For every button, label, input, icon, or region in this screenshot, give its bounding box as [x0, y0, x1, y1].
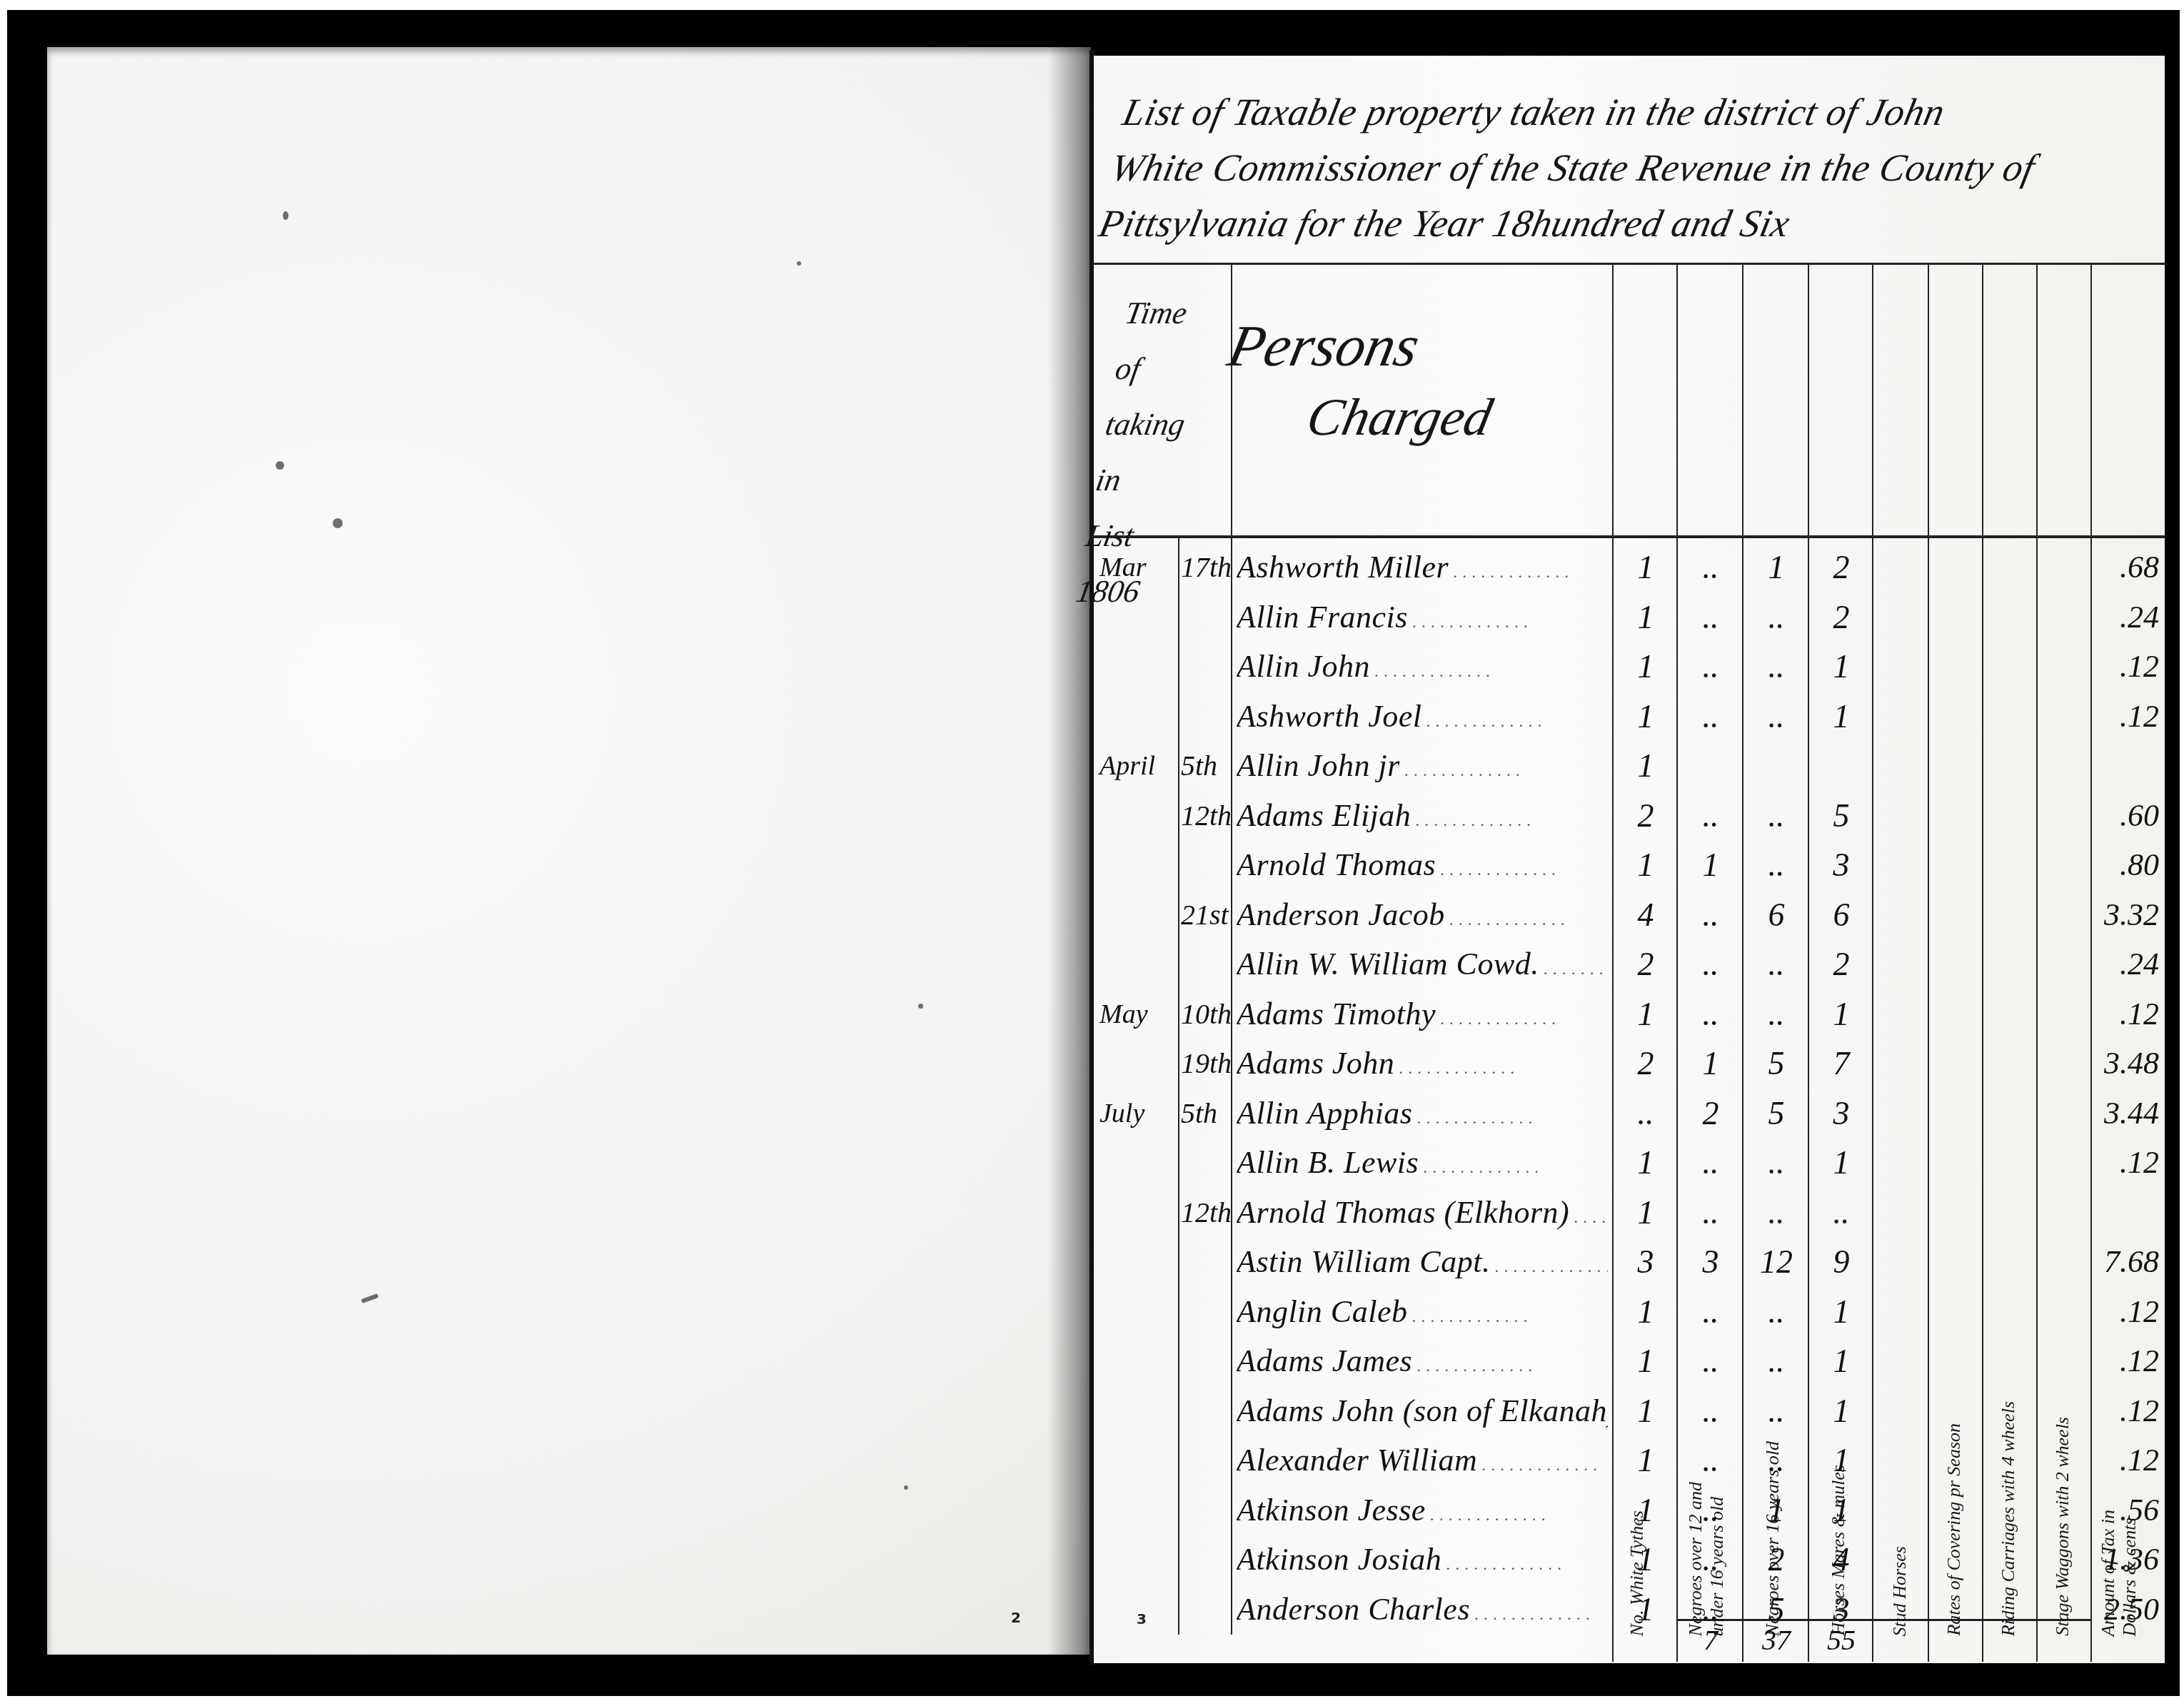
negroes-12-16-count: 1 — [1679, 1039, 1742, 1089]
negroes-12-16-count: .. — [1679, 791, 1742, 841]
tax-amount: 3.44 — [2093, 1089, 2162, 1139]
negroes-12-16-count: 2 — [1679, 1089, 1742, 1139]
horses-count: 4 — [1811, 1535, 1872, 1585]
negroes-16-count: .. — [1745, 692, 1808, 742]
white-tithes-count: 2 — [1615, 939, 1676, 989]
person-name: Allin John — [1237, 642, 1608, 692]
white-tithes-count: 1 — [1615, 1336, 1676, 1386]
horses-count: 6 — [1811, 890, 1872, 940]
tax-amount: .12 — [2093, 642, 2162, 692]
entry-day — [1181, 692, 1231, 742]
negroes-16-count: .. — [1745, 1386, 1808, 1436]
person-name: Anderson Jacob — [1237, 890, 1608, 940]
horses-count: 1 — [1811, 1336, 1872, 1386]
white-tithes-count: 1 — [1615, 1485, 1676, 1535]
entry-month — [1099, 939, 1178, 989]
stage-wagons-count — [2039, 1237, 2090, 1287]
negroes-12-16-count: .. — [1679, 1535, 1742, 1585]
stud-horses-count — [1875, 791, 1928, 841]
horses-count: 3 — [1811, 1089, 1872, 1139]
entry-day — [1181, 840, 1231, 890]
riding-carriages-count — [1985, 1535, 2036, 1585]
entry-day: 5th — [1181, 1089, 1231, 1139]
left-page-blank: 2 — [47, 47, 1091, 1655]
total-negroes-16: 37 — [1745, 1623, 1808, 1657]
tax-amount: .12 — [2093, 1138, 2162, 1188]
negroes-12-16-count: .. — [1679, 989, 1742, 1039]
covering-rate — [1931, 642, 1982, 692]
person-name: Anderson Charles — [1237, 1585, 1608, 1635]
header-persons: Persons — [1222, 313, 1425, 380]
stud-horses-count — [1875, 939, 1928, 989]
negroes-12-16-count: .. — [1679, 1287, 1742, 1337]
stage-wagons-count — [2039, 1039, 2090, 1089]
tax-amount: 2.50 — [2093, 1585, 2162, 1635]
person-name: Allin B. Lewis — [1237, 1138, 1608, 1188]
negroes-16-count: 1 — [1745, 542, 1808, 592]
riding-carriages-count — [1985, 939, 2036, 989]
tax-amount: .12 — [2093, 1287, 2162, 1337]
riding-carriages-count — [1985, 989, 2036, 1039]
riding-carriages-count — [1985, 1435, 2036, 1485]
negroes-16-count: .. — [1745, 939, 1808, 989]
stage-wagons-count — [2039, 1138, 2090, 1188]
negroes-16-count: 2 — [1745, 1535, 1808, 1585]
horses-count: 2 — [1811, 542, 1872, 592]
title-line-1: List of Taxable property taken in the di… — [1117, 84, 2143, 140]
person-name: Adams Timothy — [1237, 989, 1608, 1039]
negroes-16-count: 12 — [1745, 1237, 1808, 1287]
entry-month — [1099, 1336, 1178, 1386]
table-row: Allin Francis1....2.24 — [1094, 592, 2165, 642]
entry-day — [1181, 1386, 1231, 1436]
tax-amount: .24 — [2093, 939, 2162, 989]
negroes-16-count: 1 — [1745, 1485, 1808, 1535]
ledger-table: Time of taking in List 1806 Persons Char… — [1094, 263, 2165, 1662]
horses-count: 1 — [1811, 1287, 1872, 1337]
stage-wagons-count — [2039, 692, 2090, 742]
covering-rate — [1931, 989, 1982, 1039]
header-bottom-rule — [1094, 535, 2165, 538]
white-tithes-count: 1 — [1615, 989, 1676, 1039]
riding-carriages-count — [1985, 692, 2036, 742]
white-tithes-count: 3 — [1615, 1237, 1676, 1287]
entry-month — [1099, 642, 1178, 692]
horses-count: 1 — [1811, 989, 1872, 1039]
stage-wagons-count — [2039, 741, 2090, 791]
covering-rate — [1931, 1287, 1982, 1337]
entry-month — [1099, 592, 1178, 642]
title-line-3: Pittsylvania for the Year 18hundred and … — [1094, 196, 2120, 251]
table-row: May10thAdams Timothy1....1.12 — [1094, 989, 2165, 1039]
stud-horses-count — [1875, 1237, 1928, 1287]
white-tithes-count: 4 — [1615, 890, 1676, 940]
tax-amount: .60 — [2093, 791, 2162, 841]
header-top-rule — [1094, 263, 2165, 265]
table-row: Arnold Thomas11..3.80 — [1094, 840, 2165, 890]
person-name: Atkinson Josiah — [1237, 1535, 1608, 1585]
entry-day — [1181, 1138, 1231, 1188]
horses-count: 1 — [1811, 642, 1872, 692]
entry-day: 21st — [1181, 890, 1231, 940]
entry-day — [1181, 592, 1231, 642]
entry-day: 19th — [1181, 1039, 1231, 1089]
riding-carriages-count — [1985, 840, 2036, 890]
entry-month — [1099, 1039, 1178, 1089]
covering-rate — [1931, 542, 1982, 592]
stage-wagons-count — [2039, 1089, 2090, 1139]
white-tithes-count: 1 — [1615, 692, 1676, 742]
negroes-12-16-count: .. — [1679, 1336, 1742, 1386]
riding-carriages-count — [1985, 1089, 2036, 1139]
negroes-16-count: 5 — [1745, 1039, 1808, 1089]
paper-speck — [918, 1004, 923, 1009]
tax-amount: 7.68 — [2093, 1237, 2162, 1287]
person-name: Adams John (son of Elkanah) — [1237, 1386, 1608, 1436]
stage-wagons-count — [2039, 1188, 2090, 1238]
person-name: Arnold Thomas — [1237, 840, 1608, 890]
header-charged: Charged — [1302, 388, 1497, 448]
person-name: Atkinson Jesse — [1237, 1485, 1608, 1535]
person-name: Alexander William — [1237, 1435, 1608, 1485]
stud-horses-count — [1875, 840, 1928, 890]
entry-day — [1181, 1585, 1231, 1635]
horses-count: 1 — [1811, 1138, 1872, 1188]
negroes-16-count: .. — [1745, 791, 1808, 841]
stud-horses-count — [1875, 1188, 1928, 1238]
stage-wagons-count — [2039, 592, 2090, 642]
entry-day: 17th — [1181, 542, 1231, 592]
covering-rate — [1931, 939, 1982, 989]
person-name: Adams Elijah — [1237, 791, 1608, 841]
riding-carriages-count — [1985, 542, 2036, 592]
negroes-16-count: .. — [1745, 1138, 1808, 1188]
stud-horses-count — [1875, 741, 1928, 791]
table-row: 12thAdams Elijah2....5.60 — [1094, 791, 2165, 841]
stage-wagons-count — [2039, 989, 2090, 1039]
paper-speck — [333, 518, 343, 528]
riding-carriages-count — [1985, 1336, 2036, 1386]
horses-count: 1 — [1811, 1386, 1872, 1436]
tax-amount: .12 — [2093, 989, 2162, 1039]
covering-rate — [1931, 840, 1982, 890]
white-tithes-count: 1 — [1615, 1287, 1676, 1337]
negroes-16-count: .. — [1745, 642, 1808, 692]
entry-month — [1099, 1188, 1178, 1238]
total-negroes-12-16: 7 — [1679, 1623, 1742, 1657]
negroes-12-16-count: .. — [1679, 1485, 1742, 1535]
negroes-12-16-count: .. — [1679, 592, 1742, 642]
entry-month: July — [1099, 1089, 1178, 1139]
tax-amount: .24 — [2093, 592, 2162, 642]
negroes-12-16-count: .. — [1679, 1386, 1742, 1436]
riding-carriages-count — [1985, 1237, 2036, 1287]
table-row: 12thArnold Thomas (Elkhorn)1...... — [1094, 1188, 2165, 1238]
table-row: Mar17thAshworth Miller1..12.68 — [1094, 542, 2165, 592]
white-tithes-count: 1 — [1615, 1386, 1676, 1436]
right-page-ledger: List of Taxable property taken in the di… — [1094, 56, 2165, 1663]
stud-horses-count — [1875, 642, 1928, 692]
stud-horses-count — [1875, 1039, 1928, 1089]
riding-carriages-count — [1985, 741, 2036, 791]
negroes-16-count: 6 — [1745, 890, 1808, 940]
negroes-16-count: .. — [1745, 840, 1808, 890]
riding-carriages-count — [1985, 791, 2036, 841]
table-row: 19thAdams John21573.48 — [1094, 1039, 2165, 1089]
person-name: Astin William Capt. — [1237, 1237, 1608, 1287]
tax-amount: 3.48 — [2093, 1039, 2162, 1089]
horses-count: 2 — [1811, 939, 1872, 989]
covering-rate — [1931, 1237, 1982, 1287]
paper-speck — [361, 1293, 379, 1303]
entry-day: 12th — [1181, 1188, 1231, 1238]
stage-wagons-count — [2039, 939, 2090, 989]
entry-day — [1181, 1435, 1231, 1485]
entry-month — [1099, 1138, 1178, 1188]
person-name: Arnold Thomas (Elkhorn) — [1237, 1188, 1608, 1238]
entry-day — [1181, 939, 1231, 989]
table-row: Allin John1....1.12 — [1094, 642, 2165, 692]
stud-horses-count — [1875, 989, 1928, 1039]
stage-wagons-count — [2039, 1287, 2090, 1337]
tax-amount: .12 — [2093, 1435, 2162, 1485]
entry-month — [1099, 1435, 1178, 1485]
paper-speck — [904, 1485, 908, 1490]
entry-month — [1099, 791, 1178, 841]
white-tithes-count: 1 — [1615, 1435, 1676, 1485]
stage-wagons-count — [2039, 840, 2090, 890]
person-name: Adams John — [1237, 1039, 1608, 1089]
covering-rate — [1931, 1188, 1982, 1238]
entry-month: Mar — [1099, 542, 1178, 592]
stage-wagons-count — [2039, 542, 2090, 592]
covering-rate — [1931, 791, 1982, 841]
person-name: Ashworth Miller — [1237, 542, 1608, 592]
riding-carriages-count — [1985, 1287, 2036, 1337]
covering-rate — [1931, 1039, 1982, 1089]
stage-wagons-count — [2039, 1535, 2090, 1585]
paper-speck — [283, 211, 288, 220]
riding-carriages-count — [1985, 1138, 2036, 1188]
table-row: Adams John (son of Elkanah)1....1.12 — [1094, 1386, 2165, 1436]
covering-rate — [1931, 592, 1982, 642]
tax-amount: .12 — [2093, 1336, 2162, 1386]
stud-horses-count — [1875, 1386, 1928, 1436]
entry-month — [1099, 840, 1178, 890]
table-row: 21stAnderson Jacob4..663.32 — [1094, 890, 2165, 940]
negroes-12-16-count: .. — [1679, 542, 1742, 592]
table-row: Anglin Caleb1....1.12 — [1094, 1287, 2165, 1337]
riding-carriages-count — [1985, 890, 2036, 940]
negroes-16-count: 5 — [1745, 1089, 1808, 1139]
white-tithes-count: 1 — [1615, 592, 1676, 642]
white-tithes-count: 1 — [1615, 1138, 1676, 1188]
table-row: Alexander William1....1.12 — [1094, 1435, 2165, 1485]
table-row: Allin W. William Cowd.2....2.24 — [1094, 939, 2165, 989]
covering-rate — [1931, 692, 1982, 742]
entry-month — [1099, 1386, 1178, 1436]
table-row: Allin B. Lewis1....1.12 — [1094, 1138, 2165, 1188]
horses-count: 1 — [1811, 692, 1872, 742]
horses-count: 3 — [1811, 840, 1872, 890]
entry-month — [1099, 1237, 1178, 1287]
table-row: Ashworth Joel1....1.12 — [1094, 692, 2165, 742]
negroes-16-count: .. — [1745, 989, 1808, 1039]
covering-rate — [1931, 1585, 1982, 1635]
stud-horses-count — [1875, 592, 1928, 642]
covering-rate — [1931, 890, 1982, 940]
white-tithes-count: 1 — [1615, 1535, 1676, 1585]
white-tithes-count: 1 — [1615, 1585, 1676, 1635]
covering-rate — [1931, 741, 1982, 791]
entry-month: May — [1099, 989, 1178, 1039]
stage-wagons-count — [2039, 1336, 2090, 1386]
riding-carriages-count — [1985, 1386, 2036, 1436]
table-row: Atkinson Jesse1..11.56 — [1094, 1485, 2165, 1535]
covering-rate — [1931, 1485, 1982, 1535]
stud-horses-count — [1875, 1089, 1928, 1139]
negroes-12-16-count: 1 — [1679, 840, 1742, 890]
covering-rate — [1931, 1386, 1982, 1436]
horses-count: 7 — [1811, 1039, 1872, 1089]
stage-wagons-count — [2039, 791, 2090, 841]
table-row: Atkinson Josiah1..241.36 — [1094, 1535, 2165, 1585]
negroes-12-16-count: .. — [1679, 1188, 1742, 1238]
person-name: Anglin Caleb — [1237, 1287, 1608, 1337]
white-tithes-count: 2 — [1615, 1039, 1676, 1089]
person-name: Adams James — [1237, 1336, 1608, 1386]
entry-day — [1181, 1535, 1231, 1585]
stud-horses-count — [1875, 1138, 1928, 1188]
stud-horses-count — [1875, 1435, 1928, 1485]
negroes-16-count: .. — [1745, 1435, 1808, 1485]
entry-month — [1099, 1287, 1178, 1337]
entry-month: April — [1099, 741, 1178, 791]
negroes-12-16-count: .. — [1679, 642, 1742, 692]
header-time-line: Time of — [1111, 286, 1224, 397]
entry-month — [1099, 1535, 1178, 1585]
page-number-right: 3 — [1137, 1610, 1147, 1627]
riding-carriages-count — [1985, 642, 2036, 692]
entry-day — [1181, 1336, 1231, 1386]
negroes-16-count — [1745, 741, 1808, 791]
paper-speck — [797, 261, 801, 266]
tax-amount: 1.36 — [2093, 1535, 2162, 1585]
negroes-12-16-count — [1679, 741, 1742, 791]
horses-count: 1 — [1811, 1435, 1872, 1485]
stud-horses-count — [1875, 1535, 1928, 1585]
negroes-12-16-count: .. — [1679, 939, 1742, 989]
horses-count: 5 — [1811, 791, 1872, 841]
riding-carriages-count — [1985, 1188, 2036, 1238]
entry-day — [1181, 1485, 1231, 1535]
stage-wagons-count — [2039, 890, 2090, 940]
white-tithes-count: 1 — [1615, 1188, 1676, 1238]
white-tithes-count: 1 — [1615, 840, 1676, 890]
paper-speck — [276, 461, 284, 470]
covering-rate — [1931, 1435, 1982, 1485]
tax-amount — [2093, 1188, 2162, 1238]
title-line-2: White Commissioner of the State Revenue … — [1106, 140, 2132, 196]
page-number-left: 2 — [1011, 1609, 1021, 1626]
stage-wagons-count — [2039, 1585, 2090, 1635]
covering-rate — [1931, 1089, 1982, 1139]
tax-amount: .12 — [2093, 1386, 2162, 1436]
stage-wagons-count — [2039, 1386, 2090, 1436]
white-tithes-count: 2 — [1615, 791, 1676, 841]
stud-horses-count — [1875, 1336, 1928, 1386]
negroes-16-count: .. — [1745, 592, 1808, 642]
person-name: Ashworth Joel — [1237, 692, 1608, 742]
entry-day — [1181, 1287, 1231, 1337]
stud-horses-count — [1875, 1287, 1928, 1337]
stud-horses-count — [1875, 1485, 1928, 1535]
entry-day — [1181, 1237, 1231, 1287]
stud-horses-count — [1875, 692, 1928, 742]
table-row: April5thAllin John jr1 — [1094, 741, 2165, 791]
table-row: Astin William Capt.331297.68 — [1094, 1237, 2165, 1287]
tax-amount: .56 — [2093, 1485, 2162, 1535]
horses-count: 9 — [1811, 1237, 1872, 1287]
entry-month — [1099, 1485, 1178, 1535]
total-horses: 55 — [1811, 1623, 1872, 1657]
negroes-12-16-count: .. — [1679, 1435, 1742, 1485]
white-tithes-count: .. — [1615, 1089, 1676, 1139]
tax-amount: 3.32 — [2093, 890, 2162, 940]
table-row: July5thAllin Apphias..2533.44 — [1094, 1089, 2165, 1139]
tax-amount: .12 — [2093, 692, 2162, 742]
entry-day: 12th — [1181, 791, 1231, 841]
stud-horses-count — [1875, 1585, 1928, 1635]
person-name: Allin John jr — [1237, 741, 1608, 791]
negroes-12-16-count: 3 — [1679, 1237, 1742, 1287]
stud-horses-count — [1875, 542, 1928, 592]
tax-amount: .80 — [2093, 840, 2162, 890]
header-time-line: taking in — [1091, 397, 1204, 508]
entry-month — [1099, 890, 1178, 940]
table-row: Anderson Charles1..532.50 — [1094, 1585, 2165, 1635]
white-tithes-count: 1 — [1615, 741, 1676, 791]
entry-day — [1181, 642, 1231, 692]
horses-count — [1811, 741, 1872, 791]
person-name: Allin W. William Cowd. — [1237, 939, 1608, 989]
ledger-title: List of Taxable property taken in the di… — [1094, 84, 2143, 251]
person-name: Allin Apphias — [1237, 1089, 1608, 1139]
stage-wagons-count — [2039, 1485, 2090, 1535]
person-name: Allin Francis — [1237, 592, 1608, 642]
tax-amount — [2093, 741, 2162, 791]
horses-count: 1 — [1811, 1485, 1872, 1535]
riding-carriages-count — [1985, 592, 2036, 642]
negroes-12-16-count: .. — [1679, 692, 1742, 742]
entry-month — [1099, 692, 1178, 742]
riding-carriages-count — [1985, 1039, 2036, 1089]
covering-rate — [1931, 1535, 1982, 1585]
white-tithes-count: 1 — [1615, 642, 1676, 692]
stage-wagons-count — [2039, 1435, 2090, 1485]
negroes-16-count: .. — [1745, 1336, 1808, 1386]
negroes-12-16-count: .. — [1679, 1138, 1742, 1188]
stud-horses-count — [1875, 890, 1928, 940]
tax-amount: .68 — [2093, 542, 2162, 592]
entry-day: 5th — [1181, 741, 1231, 791]
stage-wagons-count — [2039, 642, 2090, 692]
white-tithes-count: 1 — [1615, 542, 1676, 592]
horses-count: 2 — [1811, 592, 1872, 642]
negroes-16-count: .. — [1745, 1287, 1808, 1337]
table-row: Adams James1....1.12 — [1094, 1336, 2165, 1386]
negroes-16-count: .. — [1745, 1188, 1808, 1238]
